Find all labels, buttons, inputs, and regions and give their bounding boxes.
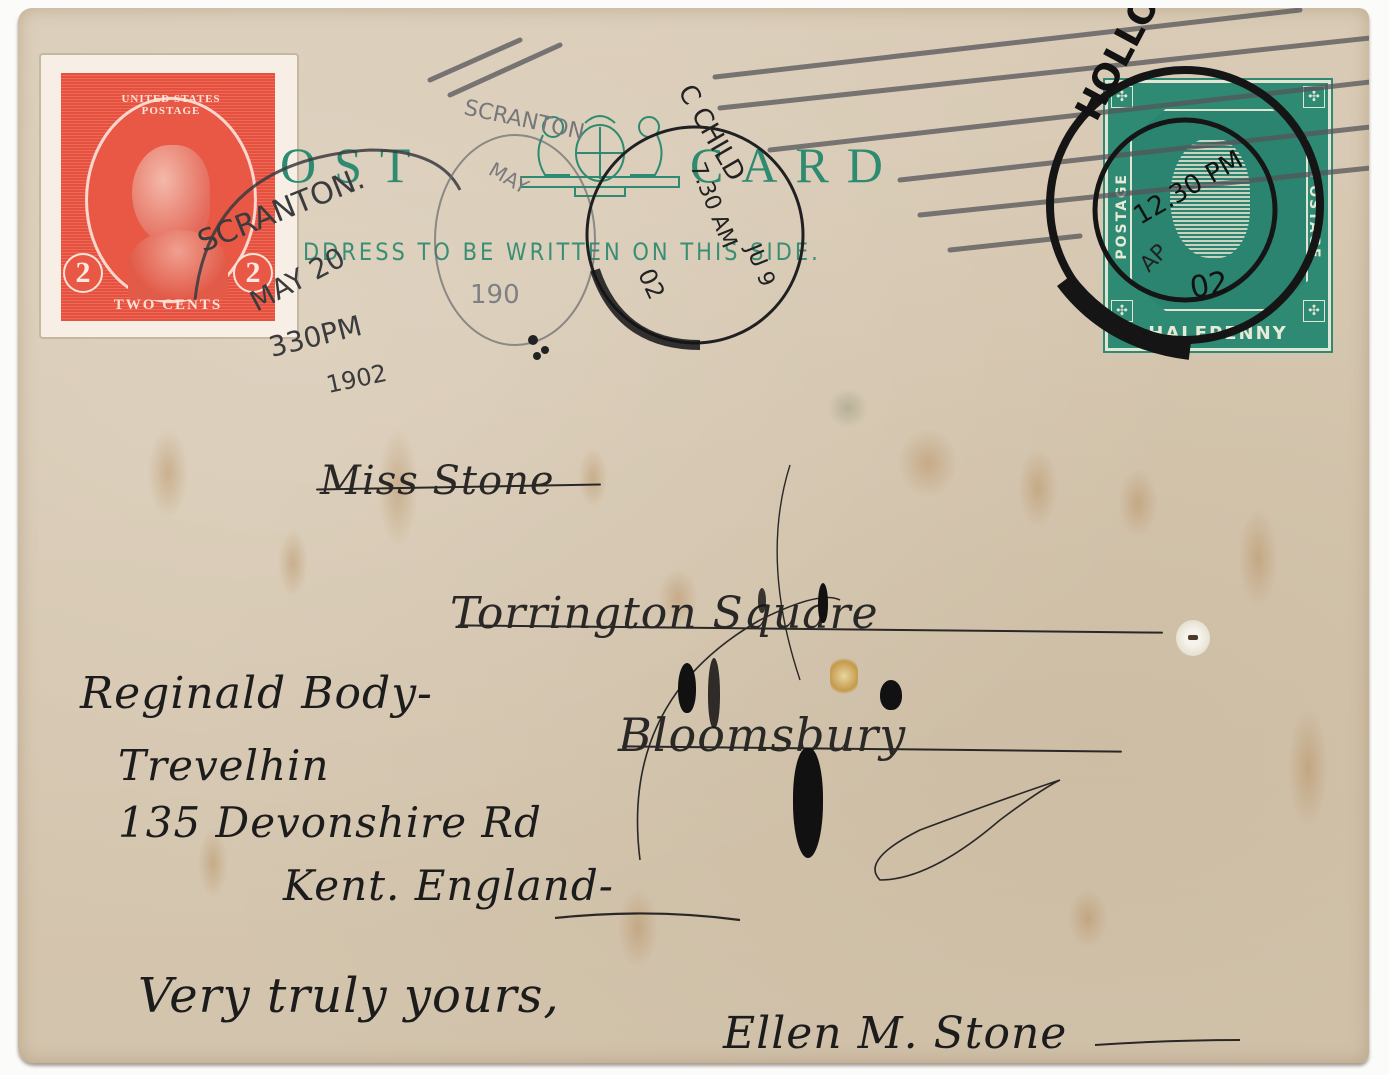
faint-postmark-year: 190 <box>470 280 520 310</box>
ink-blot <box>818 583 828 623</box>
stamp-value-left: 2 <box>63 253 103 293</box>
pin-hole <box>1176 620 1210 656</box>
stamp-side-text-right: POSTAGE <box>1306 173 1322 260</box>
forward-house-name: Trevelhin <box>118 741 330 790</box>
stamp-value-text: HALFPENNY <box>1108 323 1328 344</box>
stamp-top-text: UNITED STATES POSTAGE <box>91 93 251 117</box>
corner-ornament-icon: ✣ <box>1303 86 1325 108</box>
us-postmark-year: 1902 <box>324 359 390 399</box>
closing-salutation: Very truly yours, <box>138 968 560 1024</box>
postcard: UNITED STATES POSTAGE 2 2 TWO CENTS OST … <box>18 8 1369 1063</box>
foxing-stain <box>1018 448 1058 528</box>
foxing-stain <box>1288 708 1328 828</box>
portrait-oval <box>85 97 257 303</box>
ink-blot <box>793 748 823 858</box>
original-district: Bloomsbury <box>618 708 906 762</box>
stamp-side-text-left: POSTAGE <box>1114 173 1130 260</box>
postcard-photo: UNITED STATES POSTAGE 2 2 TWO CENTS OST … <box>0 0 1389 1075</box>
foxing-stain <box>1068 888 1108 948</box>
ink-blot <box>708 658 720 728</box>
ink-blot <box>758 588 766 613</box>
corner-ornament-icon: ✣ <box>1303 300 1325 322</box>
paper-tear <box>830 656 858 696</box>
holloway-postmark-year: 02 <box>1187 265 1231 306</box>
stamp-bottom-text: TWO CENTS <box>91 297 245 314</box>
mid-postmark-year: 02 <box>632 264 670 304</box>
ink-blot <box>880 680 902 710</box>
foxing-stain <box>898 428 958 498</box>
ink-blot <box>678 663 696 713</box>
mold-spot <box>828 388 868 428</box>
forward-street: 135 Devonshire Rd <box>118 798 542 847</box>
foxing-stain <box>1238 508 1278 608</box>
corner-ornament-icon: ✣ <box>1111 300 1133 322</box>
foxing-stain <box>148 428 188 518</box>
original-addressee: Miss Stone <box>320 458 555 504</box>
forward-county: Kent. England- <box>283 861 614 910</box>
foxing-stain <box>578 448 608 508</box>
forward-addressee: Reginald Body- <box>80 668 433 719</box>
stamp-engraving: UNITED STATES POSTAGE 2 2 TWO CENTS <box>61 73 275 321</box>
original-street: Torrington Square <box>450 588 879 639</box>
foxing-stain <box>618 888 658 968</box>
foxing-stain <box>1118 468 1158 538</box>
signature: Ellen M. Stone <box>723 1008 1067 1059</box>
foxing-stain <box>278 528 308 598</box>
